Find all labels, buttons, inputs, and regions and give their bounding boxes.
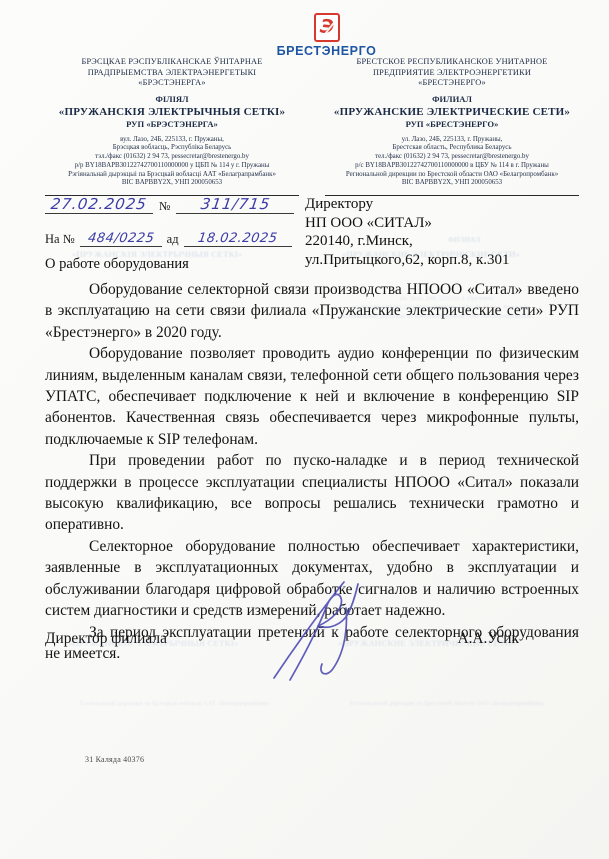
- outgoing-date-field: 27.02.2025: [45, 195, 153, 214]
- from-label: ад: [167, 232, 179, 247]
- incoming-number-field: 484/0225: [80, 231, 162, 247]
- handwritten-signature: [268, 580, 398, 685]
- subject-line: О работе оборудования: [45, 256, 300, 273]
- org-line: БРЭСЦКАЕ РЭСПУБЛІКАНСКАЕ ЎНІТАРНАЕ: [45, 57, 299, 68]
- brestenergo-logo-icon: Э: [314, 13, 340, 42]
- filial-name: «ПРУЖАНСКІЯ ЭЛЕКТРЫЧНЫЯ СЕТКІ»: [45, 106, 299, 118]
- address-line: тэл./факс (01632) 2 94 73, pessecretar@b…: [45, 153, 299, 162]
- recipient-line: 220140, г.Минск,: [305, 232, 579, 251]
- recipient-block: Директору НП ООО «СИТАЛ» 220140, г.Минск…: [300, 195, 579, 273]
- address-line: Брестская область, Республика Беларусь: [325, 144, 579, 153]
- org-line: «БРЕСТЭНЕРГО»: [325, 78, 579, 89]
- filial-label: ФІЛІЯЛ: [45, 94, 299, 104]
- address-block: вул. Лазо, 24Б, 225133, г. Пружаны, Брэс…: [45, 136, 299, 189]
- handwritten-incoming-number: 484/0225: [86, 231, 154, 246]
- address-line: Брэсцкая вобласць, Рэспубліка Беларусь: [45, 144, 299, 153]
- bleed-through-text: Рэгіянальнай дырэкцыі па Брэсцкай воблас…: [80, 700, 270, 707]
- letterhead-columns: БРЭСЦКАЕ РЭСПУБЛІКАНСКАЕ ЎНІТАРНАЕ ПРАДП…: [45, 57, 579, 196]
- address-line: BIC BAPBBY2X, УНП 200050653: [325, 179, 579, 188]
- outgoing-number-field: 311/715: [176, 195, 294, 214]
- org-line: БРЕСТСКОЕ РЕСПУБЛИКАНСКОЕ УНИТАРНОЕ: [325, 57, 579, 68]
- recipient-line: НП ООО «СИТАЛ»: [305, 214, 579, 233]
- letterhead-left-belarusian: БРЭСЦКАЕ РЭСПУБЛІКАНСКАЕ ЎНІТАРНАЕ ПРАДП…: [45, 57, 299, 196]
- handwritten-number: 311/715: [200, 195, 272, 213]
- logo-glyph: Э: [319, 17, 335, 37]
- letterhead-logo: Э БРЕСТЭНЕРГО: [22, 13, 609, 58]
- org-line: «БРЭСТЭНЕРГА»: [45, 78, 299, 89]
- address-line: ул. Лазо, 24Б, 225133, г. Пружаны,: [325, 136, 579, 145]
- reply-to-label: На №: [45, 232, 75, 247]
- body-paragraph: При проведении работ по пуско-наладке и …: [45, 450, 579, 536]
- letterhead-right-russian: БРЕСТСКОЕ РЕСПУБЛИКАНСКОЕ УНИТАРНОЕ ПРЕД…: [325, 57, 579, 196]
- address-line: тел./факс (01632) 2 94 73, pessecretar@b…: [325, 153, 579, 162]
- print-order-note: 31 Каляда 40376: [85, 755, 144, 764]
- handwritten-date: 27.02.2025: [50, 195, 148, 213]
- recipient-line: ул.Притыцкого,62, корп.8, к.301: [305, 251, 579, 270]
- address-line: р/с BY18BAPB30122742700110000000 в ЦБУ №…: [325, 162, 579, 171]
- reference-block: 27.02.2025 № 311/715 На № 484/0225 ад 18…: [45, 195, 300, 273]
- outgoing-reference-line: 27.02.2025 № 311/715: [45, 195, 300, 214]
- org-line: ПРАДПРЫЕМСТВА ЭЛЕКТРАЭНЕРГЕТЫКІ: [45, 68, 299, 79]
- address-line: р/р BY18BAPB30122742700110000000 у ЦБП №…: [45, 162, 299, 171]
- incoming-date-field: 18.02.2025: [184, 231, 292, 247]
- org-line: ПРЕДПРИЯТИЕ ЭЛЕКТРОЭНЕРГЕТИКИ: [325, 68, 579, 79]
- handwritten-incoming-date: 18.02.2025: [197, 231, 279, 246]
- address-line: вул. Лазо, 24Б, 225133, г. Пружаны,: [45, 136, 299, 145]
- address-block: ул. Лазо, 24Б, 225133, г. Пружаны, Брест…: [325, 136, 579, 189]
- signer-name: А.А.Усик: [457, 630, 519, 648]
- number-sign-label: №: [159, 199, 170, 214]
- recipient-line: Директору: [305, 195, 579, 214]
- incoming-reference-line: На № 484/0225 ад 18.02.2025: [45, 231, 300, 247]
- body-paragraph: Оборудование позволяет проводить аудио к…: [45, 343, 579, 450]
- scanned-letter-page: Э БРЕСТЭНЕРГО БРЭСЦКАЕ РЭСПУБЛІКАНСКАЕ Ў…: [0, 0, 609, 859]
- address-line: BIC BAPBBY2X, УНП 200050653: [45, 179, 299, 188]
- body-paragraph: Оборудование селекторной связи производс…: [45, 279, 579, 343]
- rup-line: РУП «БРЭСТЭНЕРГА»: [45, 119, 299, 129]
- address-line: Региональной дирекции по Брестской облас…: [325, 171, 579, 180]
- reference-and-recipient-row: 27.02.2025 № 311/715 На № 484/0225 ад 18…: [45, 195, 579, 273]
- rup-line: РУП «БРЕСТЭНЕРГО»: [325, 119, 579, 129]
- signer-position: Директор филиала: [45, 630, 167, 648]
- brand-name: БРЕСТЭНЕРГО: [277, 44, 377, 58]
- filial-label: ФИЛИАЛ: [325, 94, 579, 104]
- filial-name: «ПРУЖАНСКИЕ ЭЛЕКТРИЧЕСКИЕ СЕТИ»: [325, 106, 579, 118]
- bleed-through-text: Региональной дирекции по Брестской облас…: [350, 700, 544, 707]
- address-line: Рэгіянальнай дырэкцыі па Брэсцкай воблас…: [45, 171, 299, 180]
